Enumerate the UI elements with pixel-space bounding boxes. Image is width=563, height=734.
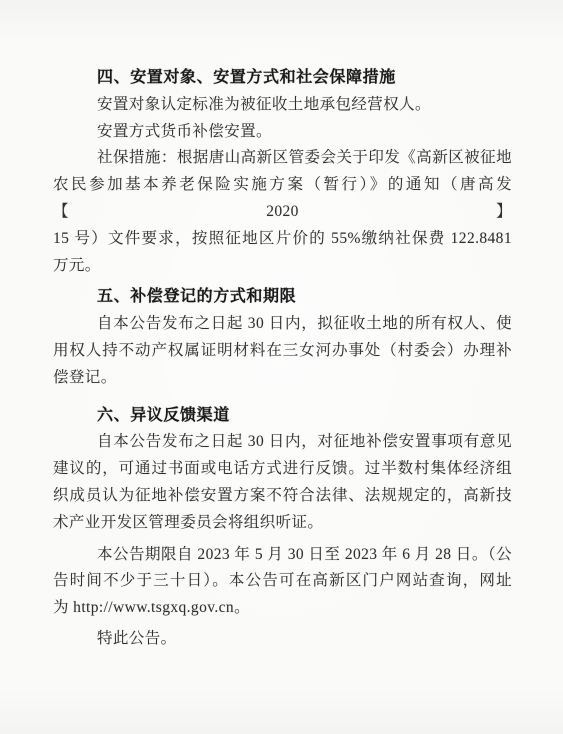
text-line: 建议的，可通过书面或电话方式进行反馈。过半数村集体经济组	[53, 456, 512, 483]
text-line: 15 号）文件要求，按照征地区片价的 55%缴纳社保费 122.8481	[53, 226, 512, 253]
section-heading: 四、安置对象、安置方式和社会保障措施	[53, 65, 512, 92]
text-line: 农民参加基本养老保险实施方案（暂行）》的通知（唐高发【2020】	[53, 172, 512, 226]
text-line: 自本公告发布之日起 30 日内，拟征收土地的所有权人、使	[53, 311, 512, 338]
text-line: 社保措施：根据唐山高新区管委会关于印发《高新区被征地	[53, 145, 512, 172]
text-line: 偿登记。	[53, 365, 512, 392]
text-line: 告时间不少于三十日）。本公告可在高新区门户网站查询，网址	[53, 568, 512, 595]
text-line: 万元。	[53, 253, 512, 280]
text-line: 安置方式货币补偿安置。	[53, 119, 512, 146]
announcement-page: 四、安置对象、安置方式和社会保障措施安置对象认定标准为被征收土地承包经营权人。安…	[0, 0, 563, 734]
text-line: 安置对象认定标准为被征收土地承包经营权人。	[53, 92, 512, 119]
section-heading: 五、补偿登记的方式和期限	[53, 284, 512, 311]
text-line: 用权人持不动产权属证明材料在三女河办事处（村委会）办理补	[53, 338, 512, 365]
document-body: 四、安置对象、安置方式和社会保障措施安置对象认定标准为被征收土地承包经营权人。安…	[53, 60, 512, 653]
text-line: 自本公告发布之日起 30 日内，对征地补偿安置事项有意见	[53, 429, 512, 456]
text-line: 术产业开发区管理委员会将组织听证。	[53, 510, 512, 537]
text-line: 本公告期限自 2023 年 5 月 30 日至 2023 年 6 月 28 日。…	[53, 542, 512, 569]
text-line: 织成员认为征地补偿安置方案不符合法律、法规规定的，高新技	[53, 483, 512, 510]
section-heading: 六、异议反馈渠道	[53, 403, 512, 430]
text-line: 特此公告。	[53, 626, 512, 653]
text-line: 为 http://www.tsgxq.gov.cn。	[53, 595, 512, 622]
